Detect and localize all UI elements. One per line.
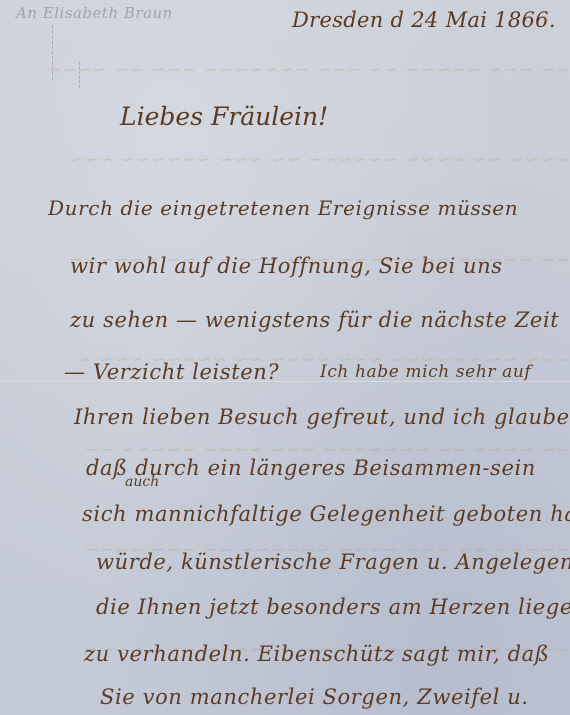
body-line: sich mannichfaltige Gelegenheit geboten … <box>82 502 570 526</box>
body-line: Sie von mancherlei Sorgen, Zweifel u. <box>100 685 529 709</box>
body-line: — Verzicht leisten? <box>64 360 279 384</box>
archive-note: An Elisabeth Braun <box>16 4 173 22</box>
bleed-through: ~~~~ ~~ ~~~~ ~~~~~~ ~~ ~~~ ~~~~~~ ~~~ <box>0 150 570 170</box>
body-line: wir wohl auf die Hoffnung, Sie bei uns <box>70 254 503 278</box>
body-line: zu sehen — wenigstens für die nächste Ze… <box>70 308 559 332</box>
margin-mark <box>52 25 54 80</box>
body-line: zu verhandeln. Eibenschütz sagt mir, daß <box>84 642 549 666</box>
body-line: die Ihnen jetzt besonders am Herzen lieg… <box>96 595 570 619</box>
interlinear-insert: auch <box>125 474 159 490</box>
dateline: Dresden d 24 Mai 1866. <box>292 8 556 32</box>
bleed-through: ~~ ~~~ ~~~~~ ~~ ~~~ ~~~~~~~ ~~~ ~~ ~~~~ <box>0 60 570 80</box>
body-line: würde, künstlerische Fragen u. Angelegen… <box>96 550 570 574</box>
margin-mark <box>79 62 81 88</box>
body-line: Ich habe mich sehr auf <box>320 362 531 382</box>
body-line: Durch die eingetretenen Ereignisse müsse… <box>48 196 518 220</box>
body-line: Ihren lieben Besuch gefreut, und ich gla… <box>74 405 570 429</box>
salutation: Liebes Fräulein! <box>120 102 328 131</box>
letter-page: ~~ ~~~ ~~~~~ ~~ ~~~ ~~~~~~~ ~~~ ~~ ~~~~ … <box>0 0 570 715</box>
